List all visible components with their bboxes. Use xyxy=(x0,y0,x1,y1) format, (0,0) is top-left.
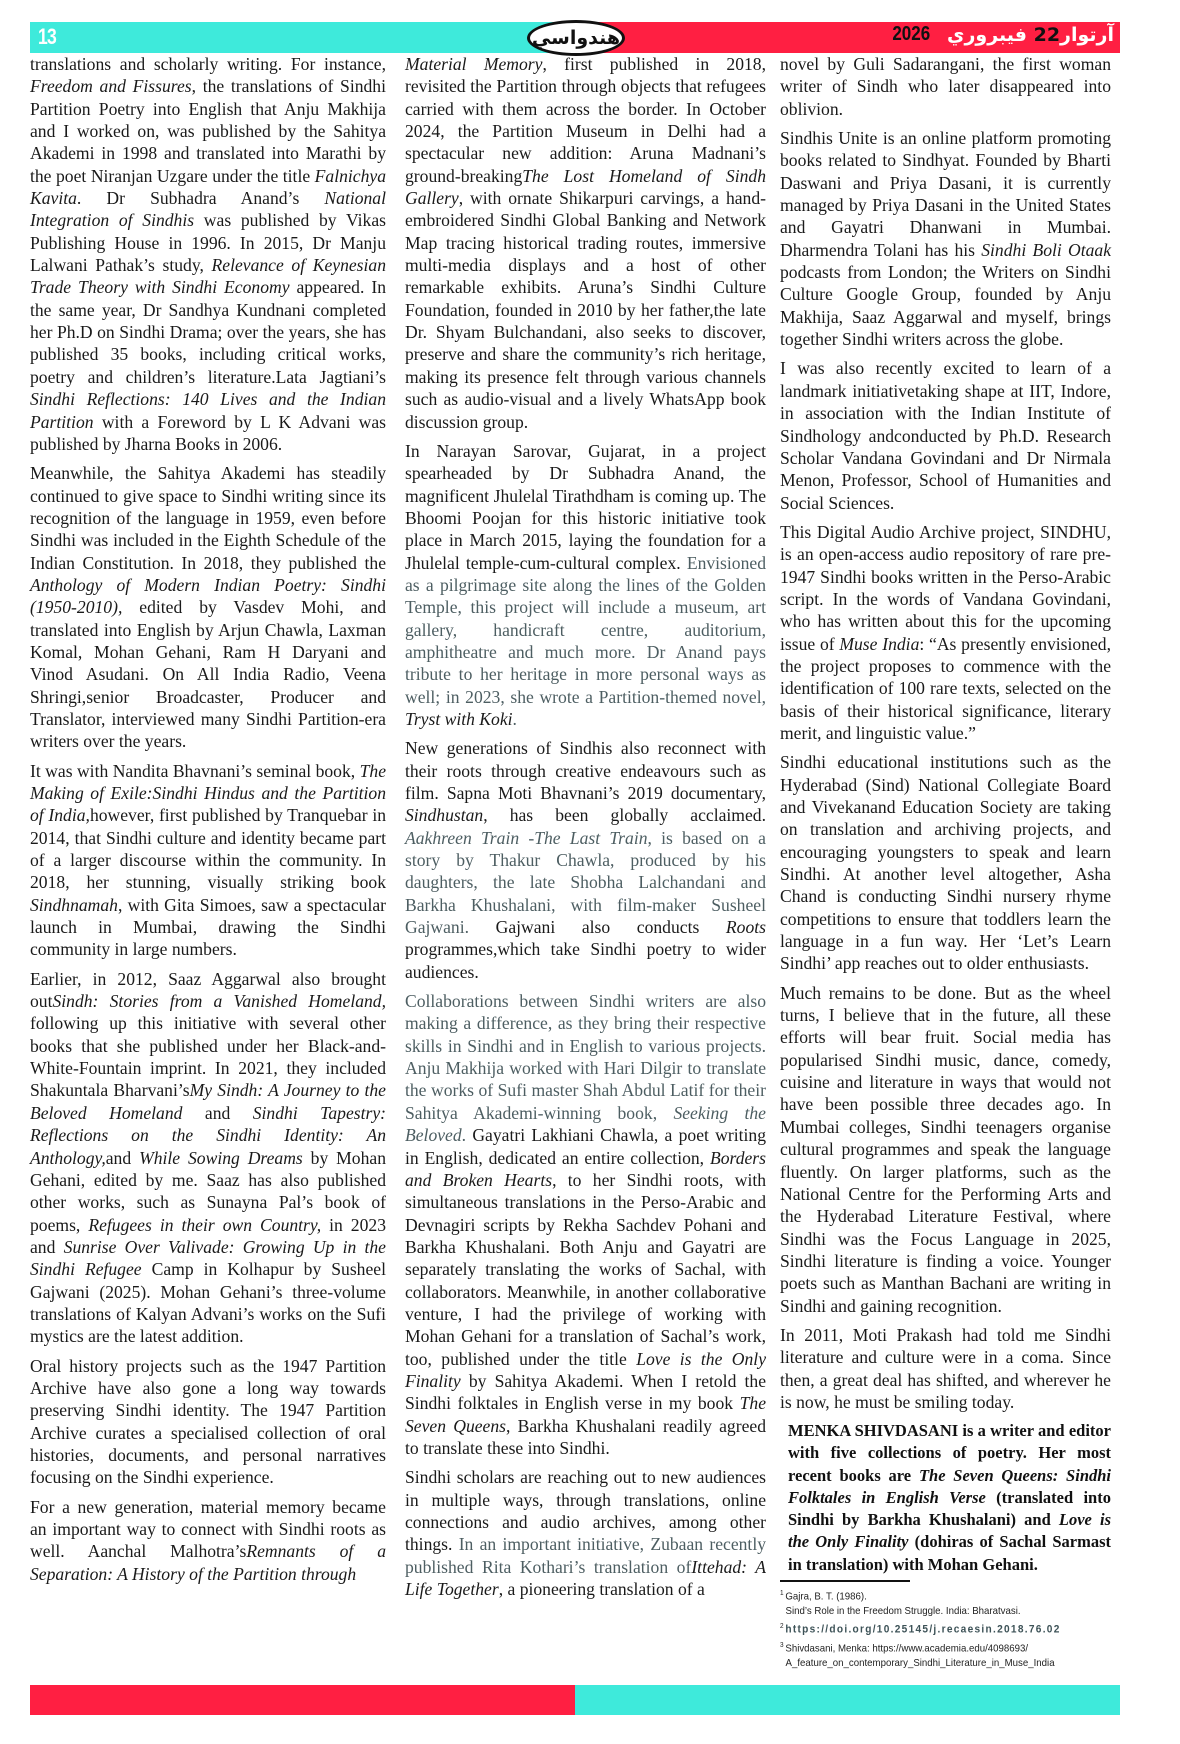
paragraph: In Narayan Sarovar, Gujarat, in a projec… xyxy=(405,440,766,730)
paragraph: I was also recently excited to learn of … xyxy=(780,357,1111,513)
issue-year: 2026 xyxy=(892,23,930,46)
author-bio: MENKA SHIVDASANI is a writer and editor … xyxy=(788,1420,1111,1575)
issue-date-arabic: آرتوار22 فيبروري xyxy=(947,24,1114,46)
paragraph: Meanwhile, the Sahitya Akademi has stead… xyxy=(30,462,386,752)
footer-band-turquoise xyxy=(575,1685,1120,1715)
paragraph: For a new generation, material memory be… xyxy=(30,1496,386,1585)
masthead-logo: هندواسي xyxy=(527,20,625,56)
paragraph: New generations of Sindhis also reconnec… xyxy=(405,737,766,983)
paragraph: Sindhi scholars are reaching out to new … xyxy=(405,1466,766,1600)
paragraph: novel by Guli Sadarangani, the first wom… xyxy=(780,53,1111,120)
footnote-1: 1 Gajra, B. T. (1986).Sind’s Role in the… xyxy=(780,1586,1111,1620)
header-band-red: 2026 آرتوار22 فيبروري xyxy=(575,22,1120,53)
page-number: 13 xyxy=(38,24,56,50)
paragraph: Earlier, in 2012, Saaz Aggarwal also bro… xyxy=(30,968,386,1348)
header-band-turquoise: 13 xyxy=(30,22,575,53)
paragraph: Oral history projects such as the 1947 P… xyxy=(30,1355,386,1489)
paragraph: Collaborations between Sindhi writers ar… xyxy=(405,990,766,1459)
paragraph: Sindhi educational institutions such as … xyxy=(780,751,1111,974)
article-column-2: Material Memory, first published in 2018… xyxy=(405,53,766,1607)
article-column-3: novel by Guli Sadarangani, the first wom… xyxy=(780,53,1111,1671)
footnotes: 1 Gajra, B. T. (1986).Sind’s Role in the… xyxy=(780,1586,1111,1672)
column-3-body: novel by Guli Sadarangani, the first wom… xyxy=(780,53,1111,1413)
article-column-1: translations and scholarly writing. For … xyxy=(30,53,386,1592)
footer-band-red xyxy=(30,1685,575,1715)
paragraph: Much remains to be done. But as the whee… xyxy=(780,982,1111,1317)
paragraph: This Digital Audio Archive project, SIND… xyxy=(780,521,1111,744)
day-number: 22 xyxy=(1034,24,1060,46)
paragraph: In 2011, Moti Prakash had told me Sindhi… xyxy=(780,1324,1111,1413)
page-footer xyxy=(30,1685,1120,1715)
footnote-3: 3 Shivdasani, Menka: https://www.academi… xyxy=(780,1638,1111,1672)
weekday: آرتوار xyxy=(1060,24,1114,46)
month: فيبروري xyxy=(947,24,1027,46)
footnote-divider xyxy=(780,1580,910,1582)
paragraph: translations and scholarly writing. For … xyxy=(30,53,386,455)
issue-date: 2026 آرتوار22 فيبروري xyxy=(889,23,1114,46)
paragraph: It was with Nandita Bhavnani’s seminal b… xyxy=(30,760,386,961)
paragraph: Material Memory, first published in 2018… xyxy=(405,53,766,433)
footnote-2: 2 https://doi.org/10.25145/j.recaesin.20… xyxy=(780,1619,1111,1638)
paragraph: Sindhis Unite is an online platform prom… xyxy=(780,127,1111,350)
